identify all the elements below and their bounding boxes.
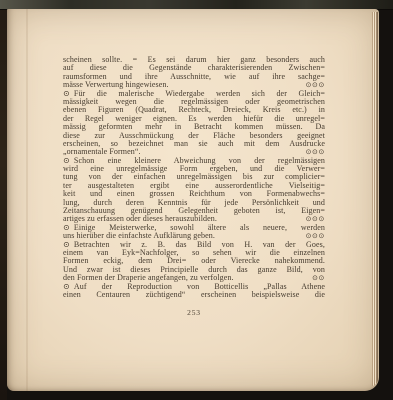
text-block: scheinen sollte. = Es sei darum hier gan… <box>63 56 325 299</box>
page-number: 253 <box>63 308 325 317</box>
page-gutter-crease <box>26 9 28 391</box>
text-line: einen Centauren züchtigend“ erscheinen b… <box>63 291 325 299</box>
book-cover-left-edge <box>0 0 7 400</box>
line-text: einen Centauren züchtigend“ erscheinen b… <box>63 290 325 299</box>
book-page: scheinen sollte. = Es sei darum hier gan… <box>7 9 379 391</box>
page-stack-right-edges <box>371 12 378 386</box>
scanned-book-page-photo: scheinen sollte. = Es sei darum hier gan… <box>0 0 393 400</box>
